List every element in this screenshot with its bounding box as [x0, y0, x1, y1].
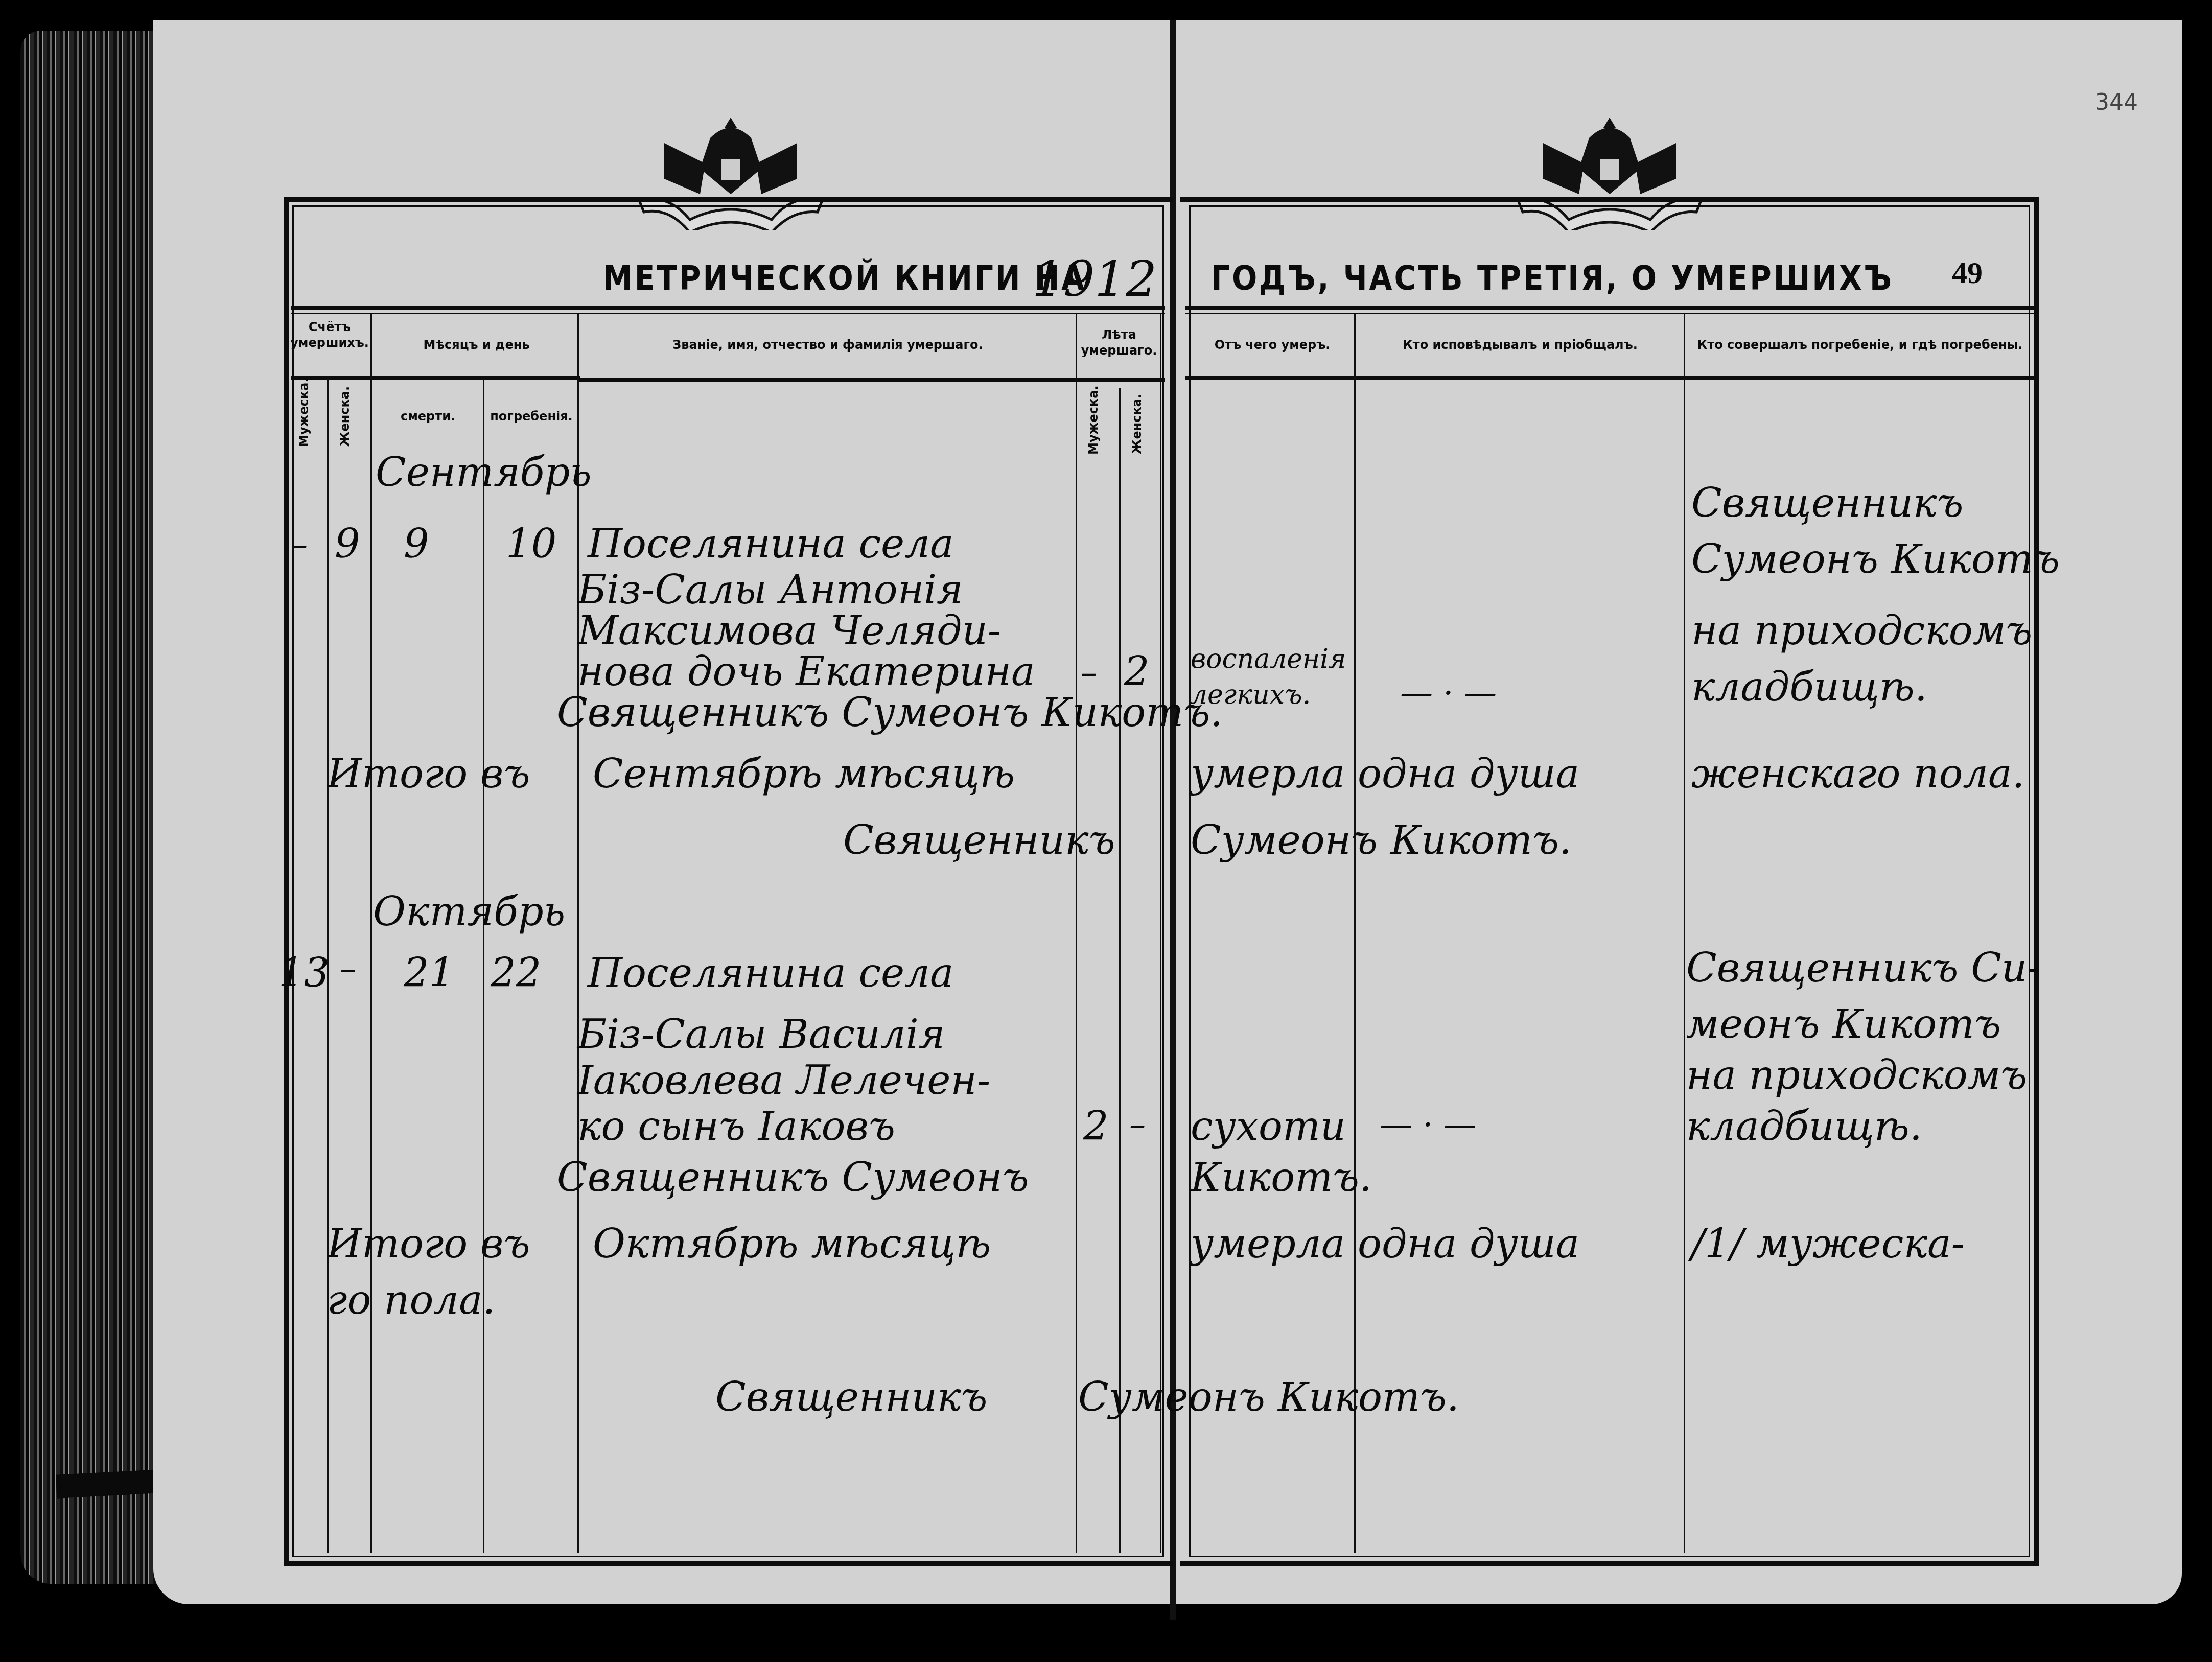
entry1-burial-line2: Сумеонъ Кикотъ	[1691, 536, 2060, 582]
entry2-death-day: 21	[404, 950, 454, 996]
total2-sign-left: Священникъ	[715, 1374, 988, 1420]
header-age: Лѣта умершаго.	[1078, 327, 1160, 359]
entry1-count-female: 9	[335, 521, 360, 567]
entry1-burial-line1: Священникъ	[1691, 480, 1964, 526]
entry1-signature: Священникъ Сумеонъ Кикотъ.	[557, 690, 1223, 736]
entry2-confessor: — · —	[1380, 1106, 1476, 1144]
total2-month: Октябрѣ мѣсяцѣ	[593, 1221, 991, 1267]
subheader-rule-right	[1185, 376, 2034, 380]
entry2-burial-line4: кладбищѣ.	[1686, 1104, 1922, 1150]
total2-gender: /1/ мужеска-	[1691, 1221, 1965, 1267]
header-age-male: Мужеска.	[1086, 393, 1102, 455]
entry1-name-line1: Поселянина села	[588, 521, 953, 567]
entry1-burial-line3: на приходскомъ	[1691, 608, 2032, 654]
entry1-age-female: 2	[1124, 649, 1150, 695]
entry1-death-day: 9	[404, 521, 429, 567]
entry2-burial-line1: Священникъ Си-	[1686, 945, 2041, 991]
header-date: Мѣсяцъ и день	[376, 337, 577, 353]
archive-folio-number: 344	[2095, 89, 2138, 115]
title-right: ГОДЪ, ЧАСТЬ ТРЕТІЯ, О УМЕРШИХЪ	[1211, 258, 1894, 298]
subheader-rule-left	[291, 376, 580, 380]
header-cause: Отъ чего умеръ.	[1191, 337, 1354, 353]
entry2-name-line1: Поселянина села	[588, 950, 953, 996]
entry1-burial-day: 10	[506, 521, 556, 567]
col-line	[370, 314, 372, 1553]
col-line	[483, 378, 484, 1553]
entry1-count-male: –	[291, 526, 308, 564]
col-line	[1354, 314, 1356, 1553]
entry2-age-female: –	[1129, 1106, 1146, 1144]
total1-left: Итого въ	[327, 751, 530, 797]
header-rule-left	[291, 306, 1165, 310]
entry1-name-line2: Біз-Салы Антонія	[577, 567, 963, 613]
title-left: МЕТРИЧЕСКОЙ КНИГИ НА	[603, 258, 1086, 298]
header-name: Званіе, имя, отчество и фамилія умершаго…	[583, 337, 1073, 353]
entry1-name-line4: нова дочь Екатерина	[577, 649, 1035, 695]
entry2-cause-line1: сухоти	[1191, 1104, 1346, 1150]
entry2-signature-left: Священникъ Сумеонъ	[557, 1155, 1029, 1201]
entry1-month: Сентябрь	[376, 450, 592, 496]
entry1-confessor: — · —	[1400, 674, 1497, 712]
entry1-name-line3: Максимова Челяди-	[577, 608, 1001, 654]
col-line	[1076, 314, 1077, 1553]
col-line	[1160, 314, 1161, 1553]
header-burial: погребенія.	[485, 409, 577, 425]
entry2-burial-day: 22	[491, 950, 541, 996]
page-number: 49	[1952, 255, 1983, 291]
header-burial-by: Кто совершалъ погребеніе, и гдѣ погребен…	[1689, 337, 2031, 353]
total2-right: умерла одна душа	[1191, 1221, 1579, 1267]
entry2-burial-line2: меонъ Кикотъ	[1686, 1001, 2001, 1047]
header-count-female: Женска.	[337, 386, 353, 447]
total1-month: Сентябрѣ мѣсяцѣ	[593, 751, 1015, 797]
entry2-burial-line3: на приходскомъ	[1686, 1052, 2027, 1098]
entry1-cause-line2: легкихъ.	[1191, 680, 1311, 710]
total2-left2: го пола.	[327, 1277, 495, 1323]
header-count-male: Мужеска.	[296, 386, 312, 447]
header-confessor: Кто исповѣдывалъ и пріобщалъ.	[1359, 337, 1681, 353]
entry2-age-male: 2	[1083, 1104, 1109, 1150]
total1-sign-left: Священникъ	[843, 817, 1115, 863]
total1-right: умерла одна душа	[1191, 751, 1579, 797]
left-table-frame	[284, 197, 1173, 1566]
year-handwritten: 1912	[1032, 250, 1157, 308]
col-line	[577, 314, 579, 1553]
total2-sign-right: Сумеонъ Кикотъ.	[1078, 1374, 1459, 1420]
entry2-signature-right: Кикотъ.	[1191, 1155, 1372, 1201]
entry1-age-male: –	[1081, 654, 1097, 692]
right-table-frame	[1180, 197, 2039, 1566]
total1-sign-right: Сумеонъ Кикотъ.	[1191, 817, 1572, 863]
book-page-edges	[20, 31, 169, 1584]
entry1-burial-line4: кладбищѣ.	[1691, 664, 1927, 710]
header-age-female: Женска.	[1129, 393, 1145, 455]
total2-left: Итого въ	[327, 1221, 530, 1267]
header-rule-left-thin	[291, 313, 1165, 314]
entry2-count-female: –	[340, 950, 356, 988]
entry2-month: Октябрь	[373, 889, 565, 935]
entry2-name-line3: Іаковлева Лелечен-	[577, 1058, 990, 1104]
header-rule-right	[1185, 306, 2034, 310]
header-death: смерти.	[376, 409, 480, 425]
entry2-name-line4: ко сынъ Іаковъ	[577, 1104, 895, 1150]
col-line	[1684, 314, 1685, 1553]
header-count: Счётъ умершихъ.	[289, 319, 370, 351]
entry2-name-line2: Біз-Салы Василія	[577, 1012, 945, 1058]
entry1-cause-line1: воспаленія	[1191, 644, 1346, 674]
header-rule-right-thin	[1185, 313, 2034, 314]
entry2-count-male: 13	[278, 950, 329, 996]
total1-gender: женскаго пола.	[1691, 751, 2024, 797]
